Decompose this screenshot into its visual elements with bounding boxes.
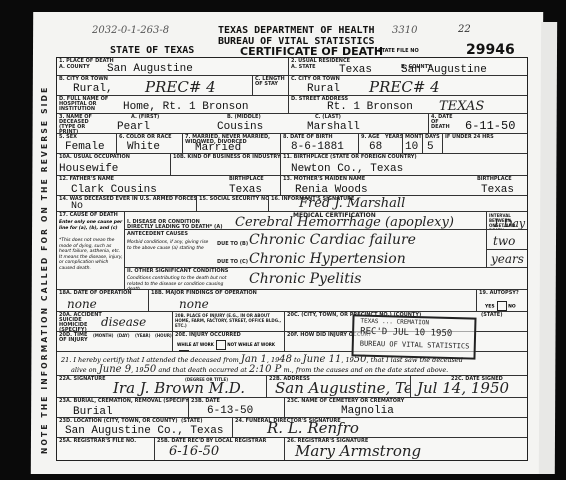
- first-name-label: a. (First): [131, 115, 159, 120]
- funeral-director-signature: R. L. Renfro: [267, 419, 359, 437]
- last-name-label: c. (Last): [315, 115, 341, 120]
- file-no-label: STATE FILE NO: [378, 48, 419, 54]
- registrar-file-label: 25a. REGISTRAR'S FILE NO.: [59, 439, 136, 444]
- cause-line-b-value: Chronic Cardiac failure: [249, 232, 416, 248]
- interval-b-value: two: [493, 234, 515, 248]
- burial-location-cell: 23d. LOCATION (City, town, or county) (S…: [57, 418, 233, 438]
- res-state-value: Texas: [339, 64, 372, 76]
- funeral-director-cell: 24. FUNERAL DIRECTOR'S SIGNATURE R. L. R…: [233, 418, 527, 438]
- physician-signature: Ira J. Brown M.D.: [113, 379, 245, 397]
- deceased-name-cell: 3. NAME OF DECEASED (Type or Print) a. (…: [57, 114, 429, 134]
- institution-label: d. FULL NAME OF HOSPITAL OR INSTITUTION: [59, 97, 119, 112]
- other-conditions-value: Chronic Pyelitis: [249, 271, 362, 287]
- autopsy-yes-checkbox[interactable]: [497, 301, 507, 311]
- burial-date-value: 6-13-50: [207, 405, 253, 417]
- interval-c-value: years: [491, 252, 524, 266]
- injury-time-cell: 20d. TIME OF INJURY (Month) (Day) (Year)…: [57, 332, 173, 352]
- cert-alive-on-word: alive on: [71, 366, 97, 374]
- cert-alive-on-date: June 9: [99, 364, 131, 375]
- cert-death-time: 2:10 P: [249, 364, 281, 375]
- injury-place-cell: 20b. PLACE OF INJURY (e.g., in or about …: [173, 312, 285, 332]
- race-value: White: [127, 141, 160, 153]
- cause-of-death-label: 17. CAUSE OF DEATH: [59, 213, 118, 218]
- mother-name-value: Renia Woods: [295, 184, 368, 196]
- state-file-number: 29946: [466, 42, 515, 58]
- cause-instructions: Enter only one cause per line for (a), (…: [59, 220, 123, 231]
- mother-birthplace-value: Texas: [481, 184, 514, 196]
- death-county-value: San Augustine: [107, 63, 193, 75]
- injury-state-label: (STATE): [481, 313, 503, 318]
- physician-signature-cell: 22a. SIGNATURE (Degree or title) Ira J. …: [57, 376, 267, 398]
- father-birthplace-value: Texas: [229, 184, 262, 196]
- residence-city-cell: c. CITY OR TOWN Rural PREC# 4: [289, 76, 527, 96]
- due-to-b-label: DUE TO (b): [217, 242, 248, 247]
- cause-line-c-value: Chronic Hypertension: [249, 251, 406, 267]
- cert-text-d: m., from the causes and on the date stat…: [283, 366, 448, 374]
- death-city-value: Rural,: [73, 83, 113, 95]
- cause-line-a-label: I. DISEASE OR CONDITION DIRECTLY LEADING…: [127, 220, 227, 230]
- registrar-date-value: 6-16-50: [169, 444, 219, 459]
- cause-line-c-cell: DUE TO (c) Chronic Hypertension: [125, 250, 487, 268]
- state-label: STATE OF TEXAS: [110, 45, 194, 56]
- injury-occurred-cell: 20e. INJURY OCCURRED WHILE AT WORK NOT W…: [173, 332, 285, 352]
- signature-label: 22a. SIGNATURE: [59, 377, 106, 382]
- date-signed-cell: 22c. DATE SIGNED Jul 14, 1950: [411, 376, 527, 398]
- cert-text-c: and that death occurred at: [158, 366, 247, 374]
- occupation-value: Housewife: [59, 163, 118, 175]
- industry-cell: 10b. KIND OF BUSINESS OR INDUSTRY: [171, 154, 281, 176]
- other-conditions-sub: Conditions contributing to the death but…: [127, 276, 237, 290]
- injury-day-label: (Day): [117, 333, 130, 338]
- occupation-cell: 10a. USUAL OCCUPATION Housewife: [57, 154, 171, 176]
- age-years-cell: 9. AGE YEARS 68: [359, 134, 403, 154]
- res-city-label: c. CITY OR TOWN: [291, 77, 340, 82]
- age-hours-cell: IF UNDER 24 HRS: [443, 134, 527, 154]
- residence-state-cell: 2. USUAL RESIDENCE a. STATE Texas b. COU…: [289, 58, 527, 76]
- informant-cell: 16. INFORMANT'S SIGNATURE Fred J. Marsha…: [269, 196, 527, 212]
- department-name: TEXAS DEPARTMENT OF HEALTH: [218, 25, 375, 36]
- age-days-cell: DAYS 5: [423, 134, 443, 154]
- registrar-file-cell: 25a. REGISTRAR'S FILE NO.: [57, 438, 155, 460]
- cemetery-cell: 23c. NAME OF CEMETERY OR CREMATORY Magno…: [285, 398, 527, 418]
- interval-c-cell: years: [487, 250, 527, 268]
- age-years-value: 68: [369, 141, 382, 153]
- burial-type-cell: 23a. BURIAL, CREMATION, REMOVAL (Specify…: [57, 398, 189, 418]
- father-birthplace-label: BIRTHPLACE: [229, 177, 264, 182]
- autopsy-cell: 19. AUTOPSY? YES NO: [477, 290, 527, 312]
- burial-location-value: San Augustine Co., Texas: [65, 425, 223, 437]
- armed-forces-value: No: [71, 201, 83, 212]
- county-label: a. COUNTY: [59, 65, 90, 70]
- registrar-date-cell: 25b. DATE REC'D BY LOCAL REGISTRAR 6-16-…: [155, 438, 285, 460]
- injury-place-label: 20b. PLACE OF INJURY (e.g., in or about …: [175, 313, 283, 328]
- res-precinct-handwritten: PREC# 4: [369, 78, 440, 96]
- length-of-stay-cell: c. LENGTH OF STAY: [253, 76, 289, 96]
- interval-b-cell: two: [487, 230, 527, 250]
- operation-date-label: 18a. DATE OF OPERATION: [59, 291, 132, 296]
- burial-type-label: 23a. BURIAL, CREMATION, REMOVAL (Specify…: [59, 399, 189, 404]
- city-label: b. CITY OR TOWN: [59, 77, 108, 82]
- sex-label: 5. SEX: [59, 135, 77, 140]
- date-of-death-value: 6-11-50: [465, 119, 515, 133]
- autopsy-label: 19. AUTOPSY?: [479, 291, 519, 296]
- age-label: 9. AGE: [361, 135, 380, 140]
- father-cell: 12. FATHER'S NAME Clark Cousins BIRTHPLA…: [57, 176, 281, 196]
- handwritten-ref-right2: 22: [458, 24, 471, 35]
- other-conditions-label: II. OTHER SIGNIFICANT CONDITIONS: [127, 269, 228, 274]
- last-name-value: Marshall: [307, 121, 360, 133]
- res-street-value: Rt. 1 Bronson: [327, 101, 413, 113]
- mother-birthplace-label: BIRTHPLACE: [477, 177, 512, 182]
- death-precinct-handwritten: PREC# 4: [145, 78, 216, 96]
- other-conditions-cell: II. OTHER SIGNIFICANT CONDITIONS Conditi…: [125, 268, 527, 290]
- injury-year-label: (Year): [135, 333, 150, 338]
- age-days-label: DAYS: [425, 135, 440, 140]
- injury-type-cell: 20a. ACCIDENT SUICIDE HOMICIDE (Specify)…: [57, 312, 173, 332]
- ssn-label: 15. SOCIAL SECURITY NO.: [199, 197, 269, 202]
- res-county-value: San Augustine: [401, 64, 487, 76]
- death-certificate-form: 1. PLACE OF DEATH a. COUNTY San Augustin…: [56, 57, 528, 461]
- mother-cell: 13. MOTHER'S MAIDEN NAME Renia Woods BIR…: [281, 176, 527, 196]
- not-while-at-work-label: NOT WHILE AT WORK: [227, 342, 275, 347]
- injury-hour-label: (Hour): [155, 333, 172, 338]
- autopsy-yes-label: YES: [485, 305, 495, 310]
- dob-value: 8-6-1881: [291, 141, 344, 153]
- registrar-signature: Mary Armstrong: [295, 442, 421, 460]
- operation-findings-cell: 18b. MAJOR FINDINGS OF OPERATION none: [149, 290, 477, 312]
- cert-alive-year: 50: [144, 364, 157, 375]
- age-months-cell: MONTHS 10: [403, 134, 423, 154]
- birthplace-label: 11. BIRTHPLACE (State or foreign country…: [283, 155, 417, 160]
- operation-date-value: none: [67, 297, 97, 311]
- age-under-24-label: IF UNDER 24 HRS: [445, 135, 494, 140]
- cert-to-word: to: [294, 356, 301, 364]
- operation-findings-value: none: [179, 297, 209, 311]
- occupation-label: 10a. USUAL OCCUPATION: [59, 155, 130, 160]
- industry-label: 10b. KIND OF BUSINESS OR INDUSTRY: [173, 155, 281, 160]
- handwritten-ref-left: 2032-0-1-263-8: [92, 25, 169, 36]
- armed-forces-cell: 14. WAS DECEASED EVER IN U.S. ARMED FORC…: [57, 196, 197, 212]
- cause-line-a-cell: MEDICAL CERTIFICATION I. DISEASE OR COND…: [125, 212, 487, 230]
- interval-a-value: 1 Day: [493, 217, 525, 230]
- cause-note: *This does not mean the mode of dying, s…: [59, 238, 123, 271]
- age-days-value: 5: [427, 141, 434, 153]
- marital-status-cell: 7. MARRIED, NEVER MARRIED, WIDOWED, DIVO…: [183, 134, 281, 154]
- middle-name-label: b. (Middle): [227, 115, 261, 120]
- residence-street-cell: d. STREET ADDRESS Rt. 1 Bronson TEXAS: [289, 96, 527, 114]
- autopsy-no-label: NO: [508, 305, 516, 310]
- handwritten-ref-right: 3310: [392, 25, 417, 36]
- registrar-signature-cell: 26. REGISTRAR'S SIGNATURE Mary Armstrong: [285, 438, 527, 460]
- race-cell: 6. COLOR OR RACE White: [117, 134, 183, 154]
- mother-name-label: 13. MOTHER'S MAIDEN NAME: [283, 177, 365, 182]
- injury-time-label: 20d. TIME OF INJURY: [59, 333, 89, 343]
- date-signed-value: Jul 14, 1950: [417, 379, 509, 397]
- informant-signature: Fred J. Marshall: [299, 196, 405, 211]
- ssn-cell: 15. SOCIAL SECURITY NO.: [197, 196, 269, 212]
- place-of-death-city-cell: b. CITY OR TOWN Rural, PREC# 4: [57, 76, 253, 96]
- physician-address: San Augustine, Tex: [275, 379, 411, 397]
- burial-date-label: 23b. DATE: [191, 399, 220, 404]
- cause-line-a-value: Cerebral Hemorrhage (apoplexy): [235, 215, 454, 230]
- injury-type-label: 20a. ACCIDENT SUICIDE HOMICIDE (Specify): [59, 313, 105, 332]
- date-of-death-cell: 4. DATE OF DEATH 6-11-50: [429, 114, 527, 134]
- while-at-work-checkbox[interactable]: [216, 340, 226, 350]
- first-name-value: Pearl: [117, 121, 150, 133]
- age-months-label: MONTHS: [405, 135, 423, 140]
- deceased-name-label: 3. NAME OF DECEASED (Type or Print): [59, 115, 99, 134]
- dob-label: 8. DATE OF BIRTH: [283, 135, 333, 140]
- injury-month-label: (Month): [93, 333, 113, 338]
- antecedent-label: ANTECEDENT CAUSES: [127, 232, 188, 237]
- cause-line-b-cell: ANTECEDENT CAUSES Morbid conditions, if …: [125, 230, 487, 250]
- age-months-value: 10: [405, 141, 418, 153]
- birthplace-value: Newton Co., Texas: [291, 163, 403, 175]
- interval-a-cell: INTERVAL BETWEEN ONSET AND DEATH 1 Day: [487, 212, 527, 230]
- date-of-death-label: 4. DATE OF DEATH: [431, 115, 455, 130]
- institution-value: Home, Rt. 1 Bronson: [123, 101, 248, 113]
- institution-cell: d. FULL NAME OF HOSPITAL OR INSTITUTION …: [57, 96, 289, 114]
- due-to-c-label: DUE TO (c): [217, 260, 248, 265]
- injury-occurred-label: 20e. INJURY OCCURRED: [175, 333, 241, 338]
- burial-location-label: 23d. LOCATION (City, town, or county): [59, 419, 178, 424]
- cemetery-label: 23c. NAME OF CEMETERY OR CREMATORY: [287, 399, 404, 404]
- length-of-stay-label: c. LENGTH OF STAY: [255, 77, 289, 87]
- res-state-label: a. STATE: [291, 65, 316, 70]
- date-of-birth-cell: 8. DATE OF BIRTH 8-6-1881: [281, 134, 359, 154]
- burial-date-cell: 23b. DATE 6-13-50: [189, 398, 285, 418]
- father-name-value: Clark Cousins: [71, 184, 157, 196]
- operation-findings-label: 18b. MAJOR FINDINGS OF OPERATION: [151, 291, 257, 296]
- burial-state-label: (State): [181, 419, 203, 424]
- race-label: 6. COLOR OR RACE: [119, 135, 172, 140]
- while-at-work-label: WHILE AT WORK: [177, 342, 214, 347]
- sex-cell: 5. SEX Female: [57, 134, 117, 154]
- age-years-label: YEARS: [385, 135, 403, 140]
- res-state-handwritten: TEXAS: [439, 99, 484, 114]
- cemetery-value: Magnolia: [341, 405, 394, 417]
- sex-value: Female: [65, 141, 105, 153]
- birthplace-cell: 11. BIRTHPLACE (State or foreign country…: [281, 154, 527, 176]
- burial-type-value: Burial: [73, 406, 113, 418]
- middle-name-value: Cousins: [217, 121, 263, 133]
- marital-value: Married: [195, 142, 241, 154]
- father-name-label: 12. FATHER'S NAME: [59, 177, 114, 182]
- morbid-conditions-label: Morbid conditions, if any, giving rise t…: [127, 240, 211, 250]
- place-of-death-county-cell: 1. PLACE OF DEATH a. COUNTY San Augustin…: [57, 58, 289, 76]
- received-stamp: TEXAS ... CREMATION REC'D JUL 10 1950 BU…: [351, 314, 476, 359]
- injury-type-value: disease: [101, 315, 146, 329]
- res-city-value: Rural: [307, 83, 340, 95]
- cert-text-a: 21. I hereby certify that I attended the…: [61, 356, 239, 364]
- physician-address-cell: 22b. ADDRESS San Augustine, Tex: [267, 376, 411, 398]
- side-note: NOTE THE INFORMATION CALLED FOR ON THE R…: [40, 70, 54, 470]
- cause-instructions-cell: 17. CAUSE OF DEATH Enter only one cause …: [57, 212, 125, 290]
- operation-date-cell: 18a. DATE OF OPERATION none: [57, 290, 149, 312]
- stamp-bureau: BUREAU OF VITAL STATISTICS: [354, 337, 474, 352]
